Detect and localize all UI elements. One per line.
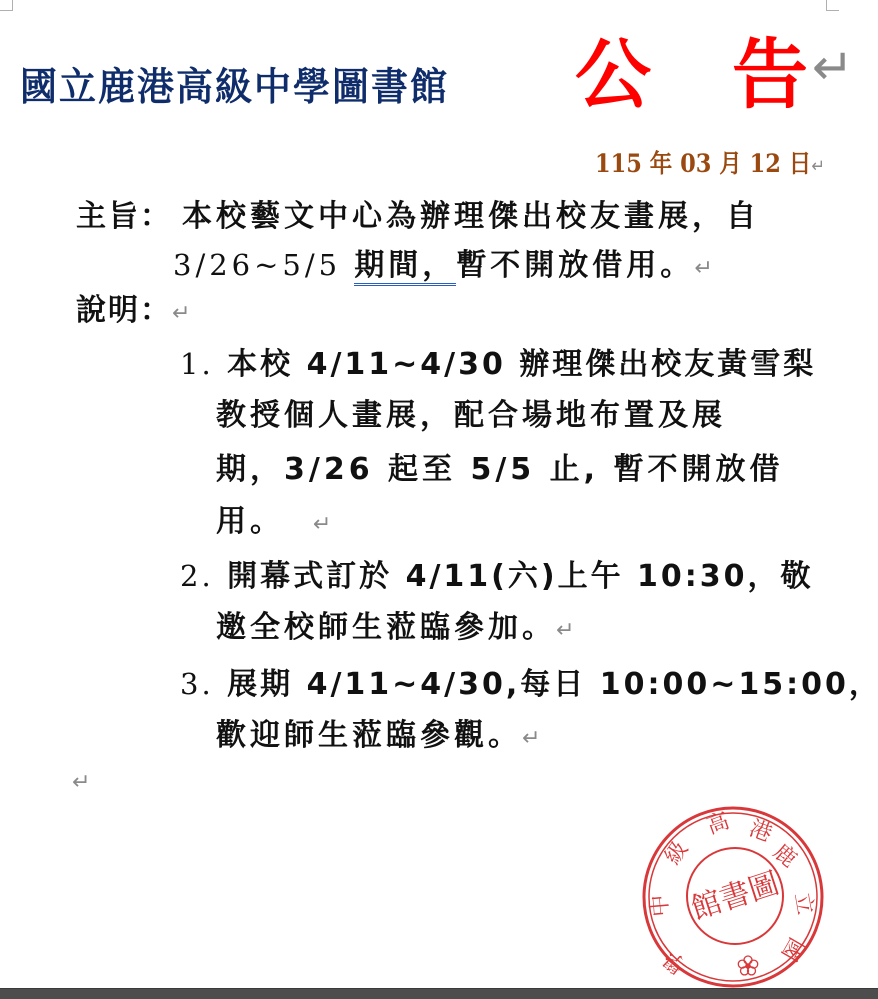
- subject-date-range: 3/26~5/5: [173, 248, 354, 282]
- paragraph-mark-icon: ↵: [72, 770, 90, 795]
- paragraph-mark-icon: ↵: [812, 38, 854, 96]
- library-seal-stamp: 港 鹿 立 國 高 級 中 學 館書圖: [640, 804, 826, 990]
- svg-text:國: 國: [776, 933, 809, 965]
- explanation-item-2-line-1: 2. 開幕式訂於 4/11(六)上午 10:30，敬: [180, 556, 814, 597]
- subject-closing-text: 暫不開放借用。: [456, 248, 694, 283]
- item-text: 開幕式訂於 4/11(六)上午 10:30，敬: [227, 559, 813, 594]
- svg-text:中: 中: [647, 894, 674, 918]
- announcement-header: 國立鹿港高級中學圖書館 公 告 ↵: [20, 30, 870, 120]
- explanation-label: 說明：↵: [76, 291, 192, 334]
- paragraph-mark-icon: ↵: [172, 301, 192, 326]
- announcement-char-2: 告: [732, 30, 808, 120]
- announcement-char-1: 公: [575, 30, 651, 120]
- paragraph-mark-icon: ↵: [556, 618, 578, 643]
- window-bottom-bar: [0, 988, 878, 999]
- svg-text:館書圖: 館書圖: [687, 866, 783, 927]
- explanation-label-text: 說明：: [76, 293, 172, 328]
- subject-underlined-text: 期間，: [354, 248, 456, 286]
- date-text: 115 年 03 月 12 日: [595, 149, 811, 178]
- seal-icon: 港 鹿 立 國 高 級 中 學 館書圖: [640, 804, 826, 990]
- explanation-item-1-line-1: 1. 本校 4/11~4/30 辦理傑出校友黃雪梨: [180, 344, 816, 385]
- subject-text-line-2: 3/26~5/5 期間，暫不開放借用。↵: [173, 245, 717, 289]
- item-text: 用。: [216, 504, 284, 539]
- paragraph-mark-icon: ↵: [313, 512, 335, 537]
- explanation-item-1-line-2: 教授個人畫展，配合場地布置及展: [216, 396, 726, 436]
- paragraph-mark-icon: ↵: [811, 156, 825, 177]
- explanation-item-1-line-4: 用。 ↵: [216, 502, 335, 545]
- subject-label: 主旨：: [76, 197, 172, 237]
- svg-text:港: 港: [746, 816, 775, 847]
- item-number: 3.: [180, 667, 214, 701]
- explanation-item-2-line-2: 邀全校師生蒞臨參加。↵: [216, 608, 578, 651]
- item-text: 歡迎師生蒞臨參觀。: [216, 718, 522, 753]
- crop-mark-top-left: [0, 0, 13, 11]
- item-text: 本校 4/11~4/30 辦理傑出校友黃雪梨: [227, 347, 816, 382]
- explanation-item-3-line-2: 歡迎師生蒞臨參觀。↵: [216, 716, 544, 759]
- item-text: 邀全校師生蒞臨參加。: [216, 610, 556, 645]
- explanation-item-1-line-3: 期，3/26 起至 5/5 止, 暫不開放借: [216, 450, 783, 490]
- svg-text:立: 立: [789, 891, 817, 917]
- announcement-date: 115 年 03 月 12 日↵: [595, 144, 825, 180]
- explanation-item-3-line-1: 3. 展期 4/11~4/30,每日 10:00~15:00，: [180, 664, 878, 705]
- item-number: 1.: [180, 347, 214, 381]
- school-library-title: 國立鹿港高級中學圖書館: [20, 55, 449, 112]
- item-number: 2.: [180, 559, 214, 593]
- svg-text:級: 級: [660, 837, 693, 869]
- subject-text-line-1: 本校藝文中心為辦理傑出校友畫展，自: [182, 197, 760, 237]
- paragraph-mark-icon: ↵: [522, 726, 544, 751]
- crop-mark-top-right: [826, 0, 839, 11]
- paragraph-mark-icon: ↵: [694, 256, 716, 281]
- document-page: 國立鹿港高級中學圖書館 公 告 ↵ 115 年 03 月 12 日↵ 主旨： 本…: [0, 0, 878, 988]
- item-text: 展期 4/11~4/30,每日 10:00~15:00，: [227, 667, 878, 702]
